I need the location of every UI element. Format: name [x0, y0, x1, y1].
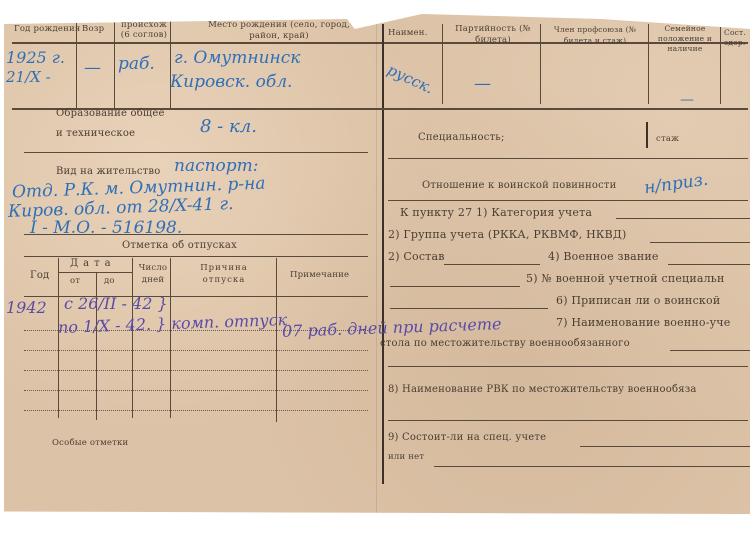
leave-col-days: Число дней — [136, 262, 170, 286]
military-item-6: 6) Приписан ли о воинской — [556, 294, 720, 307]
military-item-8: 8) Наименование РВК по местожительству в… — [388, 384, 697, 395]
residence-label: Вид на жительство — [56, 166, 160, 177]
birth-date-value: 21/X - — [6, 68, 51, 86]
leave-title: Отметка об отпусках — [122, 240, 237, 251]
military-label: Отношение к воинской повинности — [422, 180, 617, 191]
military-item-1: К пункту 27 1) Категория учета — [400, 206, 592, 219]
fold-crease — [376, 14, 377, 514]
field-line — [670, 350, 750, 351]
col-divider — [648, 24, 649, 104]
rule — [24, 234, 368, 235]
military-item-4: 4) Военное звание — [548, 250, 659, 263]
leave-line-2: по 1/X - 42. } комп. отпуск — [58, 310, 288, 337]
birthplace-line1: г. Омутнинск — [174, 48, 300, 68]
header-health: Сост. здор. — [724, 28, 750, 48]
military-item-3: 2) Состав — [388, 250, 445, 263]
rule — [24, 152, 368, 153]
header-union: Член профсоюза (№ билета и стаж) — [544, 24, 646, 46]
nationality-value: русск. — [384, 61, 436, 98]
party-value: — — [474, 74, 491, 94]
military-item-5: 5) № военной учетной специальн — [526, 272, 725, 285]
education-value: 8 - кл. — [200, 116, 257, 137]
header-party: Партийность (№ билета) — [448, 24, 538, 46]
rule — [58, 272, 132, 273]
field-line — [650, 242, 750, 243]
residence-value-1: паспорт: — [174, 156, 259, 176]
rule — [24, 370, 368, 371]
col-divider — [720, 24, 721, 104]
leave-col-reason: Причина отпуска — [184, 262, 264, 286]
field-line — [668, 264, 750, 265]
leave-col-year: Год — [30, 270, 49, 281]
residence-value-4: I - М.О. - 516198. — [30, 218, 182, 238]
age-value: — — [84, 58, 101, 78]
leave-col-to: до — [104, 276, 115, 286]
col-divider — [442, 24, 443, 104]
military-item-2: 2) Группа учета (РККА, РКВМФ, НКВД) — [388, 228, 627, 241]
field-line — [616, 218, 750, 219]
col-divider — [58, 258, 59, 418]
leave-col-note: Примечание — [290, 270, 349, 280]
leave-col-date: Дата — [70, 258, 116, 269]
field-line — [390, 286, 520, 287]
center-divider — [382, 24, 384, 484]
header-family: Семейное положение и наличие — [652, 24, 718, 54]
header-age: Возр — [82, 24, 104, 34]
rule — [24, 390, 368, 391]
rule — [388, 200, 748, 201]
birthplace-line2: Кировск. обл. — [170, 72, 292, 92]
stage-label: стаж — [656, 134, 679, 144]
header-birth-year: Год рождения — [14, 24, 80, 34]
col-divider — [170, 18, 171, 108]
header-birthplace: Место рождения (село, город, район, край… — [194, 20, 364, 42]
rule — [388, 366, 748, 367]
military-value: н/приз. — [643, 170, 710, 199]
education-label-1: Образование общее — [56, 108, 165, 119]
rule — [24, 410, 368, 411]
leave-reason-cont: 07 раб. дней при расчете — [282, 314, 502, 341]
document-card: Год рождения Возр происхож (6 соглов) Ме… — [4, 14, 750, 514]
leave-col-from: от — [70, 276, 80, 286]
stage-divider — [646, 122, 648, 148]
specialty-label: Специальность; — [418, 132, 505, 143]
birth-year-value: 1925 г. — [6, 48, 65, 67]
header-nationality: Наимен. — [388, 28, 428, 38]
education-label-2: и техническое — [56, 128, 135, 139]
col-divider — [540, 24, 541, 104]
leave-year-value: 1942 — [6, 298, 47, 317]
field-line — [580, 446, 750, 447]
rule — [388, 420, 748, 421]
rule — [24, 350, 368, 351]
field-line — [390, 308, 548, 309]
header-origin: происхож (6 соглов) — [118, 20, 170, 40]
col-divider — [276, 258, 277, 422]
col-divider — [132, 258, 133, 418]
origin-value: раб. — [118, 54, 155, 74]
military-item-9: 9) Состоит-ли на спец. учете — [388, 432, 546, 443]
col-divider — [114, 18, 115, 108]
family-value: — — [680, 92, 694, 108]
rule — [388, 158, 748, 159]
rule — [24, 256, 368, 257]
field-line — [444, 264, 540, 265]
field-line — [434, 466, 750, 467]
military-item-7-cont: стола по местожительству военнообязанног… — [380, 338, 630, 349]
leave-line-1: с 26/II - 42 } — [64, 294, 168, 313]
military-item-9-cont: или нет — [388, 452, 424, 462]
special-notes-label: Особые отметки — [52, 438, 128, 448]
col-divider — [170, 258, 171, 418]
military-item-7: 7) Наименование военно-уче — [556, 316, 731, 329]
